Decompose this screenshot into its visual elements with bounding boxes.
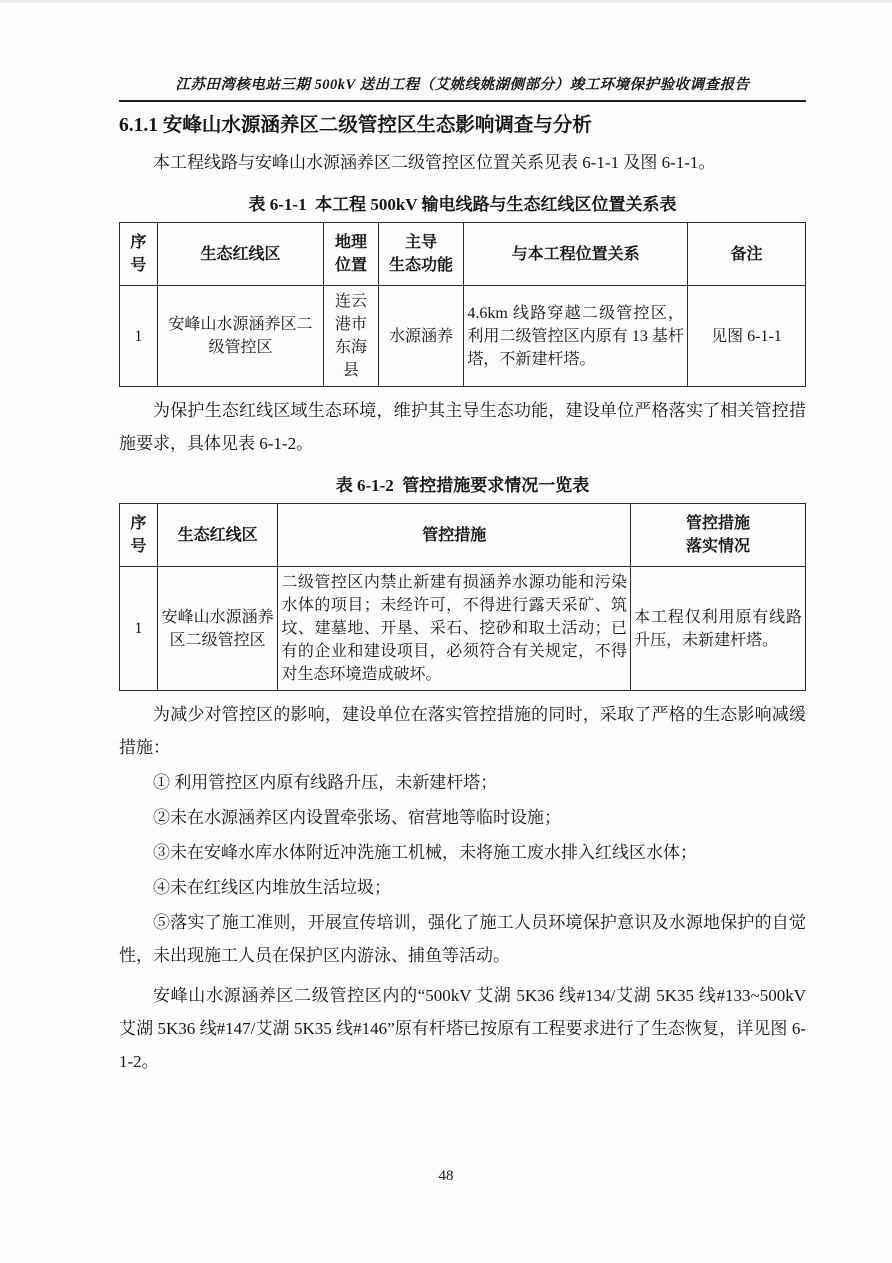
page-number: 48 (0, 1168, 892, 1185)
section-heading: 6.1.1 安峰山水源涵养区二级管控区生态影响调查与分析 (119, 113, 806, 139)
table1-col-note: 备注 (687, 223, 805, 286)
table1-row: 1 安峰山水源涵养区二级管控区 连云港市东海县 水源涵养 4.6km 线路穿越二… (120, 286, 806, 387)
table1-cell-location: 连云港市东海县 (324, 286, 378, 387)
table2-row: 1 安峰山水源涵养区二级管控区 二级管控区内禁止新建有损涵养水源功能和污染水体的… (120, 567, 806, 691)
paragraph-protection: 为保护生态红线区域生态环境，维护其主导生态功能，建设单位严格落实了相关管控措施要… (119, 394, 806, 460)
table2-col-implementation: 管控措施 落实情况 (631, 504, 806, 567)
table1-cell-relation: 4.6km 线路穿越二级管控区，利用二级管控区内原有 13 基杆塔，不新建杆塔。 (464, 286, 688, 387)
table2-col-no: 序号 (120, 504, 158, 567)
mitigation-item-3: ③未在安峰水库水体附近冲洗施工机械，未将施工废水排入红线区水体； (119, 836, 806, 869)
paragraph-restoration: 安峰山水源涵养区二级管控区内的“500kV 艾湖 5K36 线#134/艾湖 5… (119, 979, 806, 1078)
table-redline-position: 序号 生态红线区 地理 位置 主导 生态功能 与本工程位置关系 备注 1 安峰山… (119, 222, 806, 387)
table1-col-no: 序号 (120, 223, 158, 286)
mitigation-item-1: ① 利用管控区内原有线路升压，未新建杆塔； (119, 766, 806, 799)
paragraph-intro: 本工程线路与安峰山水源涵养区二级管控区位置关系见表 6-1-1 及图 6-1-1… (119, 146, 806, 179)
table-control-measures: 序号 生态红线区 管控措施 管控措施 落实情况 1 安峰山水源涵养区二级管控区 … (119, 503, 806, 691)
table2-cell-redline-area: 安峰山水源涵养区二级管控区 (157, 567, 278, 691)
table2-cell-implementation: 本工程仅利用原有线路升压，未新建杆塔。 (631, 567, 806, 691)
mitigation-item-5: ⑤落实了施工准则，开展宣传培训，强化了施工人员环境保护意识及水源地保护的自觉性，… (119, 906, 806, 972)
table1-cell-note: 见图 6-1-1 (687, 286, 805, 387)
table1-cell-no: 1 (120, 286, 158, 387)
table2-header-row: 序号 生态红线区 管控措施 管控措施 落实情况 (120, 504, 806, 567)
mitigation-item-4: ④未在红线区内堆放生活垃圾； (119, 871, 806, 904)
running-header: 江苏田湾核电站三期 500kV 送出工程（艾姚线姚湖侧部分）竣工环境保护验收调查… (119, 3, 806, 94)
table1-header-row: 序号 生态红线区 地理 位置 主导 生态功能 与本工程位置关系 备注 (120, 223, 806, 286)
document-page: 江苏田湾核电站三期 500kV 送出工程（艾姚线姚湖侧部分）竣工环境保护验收调查… (0, 0, 892, 1263)
table2-cell-no: 1 (120, 567, 158, 691)
page-content: 江苏田湾核电站三期 500kV 送出工程（艾姚线姚湖侧部分）竣工环境保护验收调查… (119, 3, 806, 1078)
table2-col-measures: 管控措施 (278, 504, 631, 567)
table1-col-redline-area: 生态红线区 (157, 223, 324, 286)
mitigation-item-2: ②未在水源涵养区内设置牵张场、宿营地等临时设施； (119, 801, 806, 834)
paragraph-mitigation-intro: 为减少对管控区的影响，建设单位在落实管控措施的同时，采取了严格的生态影响减缓措施… (119, 698, 806, 764)
table1-cell-function: 水源涵养 (378, 286, 464, 387)
table1-title: 表 6-1-1 本工程 500kV 输电线路与生态红线区位置关系表 (119, 190, 806, 215)
table2-title: 表 6-1-2 管控措施要求情况一览表 (119, 471, 806, 496)
table1-col-function: 主导 生态功能 (378, 223, 464, 286)
header-rule (119, 100, 806, 102)
table2-cell-measures: 二级管控区内禁止新建有损涵养水源功能和污染水体的项目；未经许可，不得进行露天采矿… (278, 567, 631, 691)
table1-col-location: 地理 位置 (324, 223, 378, 286)
table2-col-redline-area: 生态红线区 (157, 504, 278, 567)
table1-col-relation: 与本工程位置关系 (464, 223, 688, 286)
table1-cell-redline-area: 安峰山水源涵养区二级管控区 (157, 286, 324, 387)
